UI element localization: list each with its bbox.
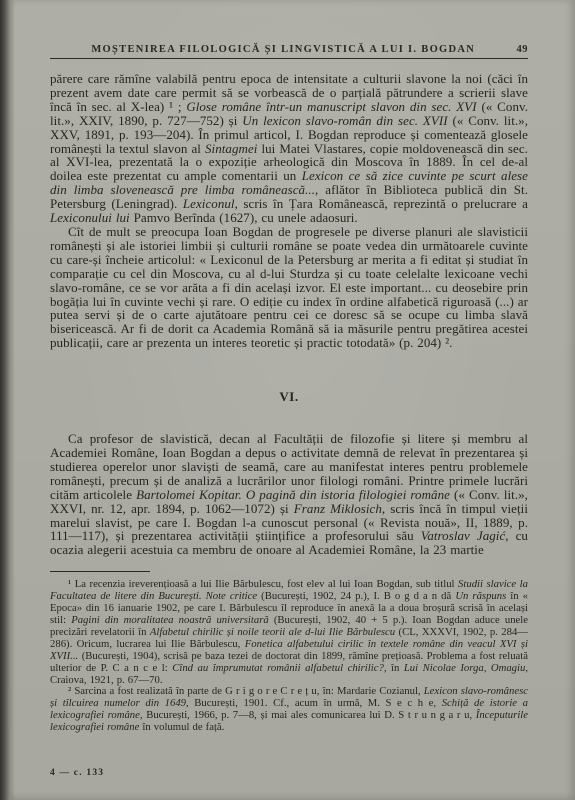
- page-content: MOȘTENIREA FILOLOGICĂ ȘI LINGVISTICĂ A L…: [50, 0, 528, 734]
- footnote-rule: [50, 571, 150, 572]
- section-heading: VI.: [50, 389, 528, 405]
- footnote: ¹ La recenzia ireverențioasă a lui Ilie …: [50, 579, 528, 686]
- signature-mark: 4 — c. 133: [50, 768, 104, 778]
- text-segment: Lexiconul: [183, 196, 235, 211]
- text-segment: Cînd au împrumutat românii alfabetul chi…: [172, 662, 384, 674]
- text-segment: Pamvo Berînda (1627), cu unele adaosuri.: [130, 210, 358, 225]
- paragraph: Ca profesor de slavistică, decan al Facu…: [50, 432, 528, 557]
- header-rule: [50, 58, 528, 59]
- paragraph: Cît de mult se preocupa Ioan Bogdan de p…: [50, 225, 528, 350]
- running-header: MOȘTENIREA FILOLOGICĂ ȘI LINGVISTICĂ A L…: [50, 44, 528, 55]
- text-segment: Bartolomei Kopitar. O pagină din istoria…: [136, 487, 450, 502]
- text-segment: (București, 1902, 24 p.), I. B o g d a n…: [257, 590, 455, 602]
- text-segment: Glose române într-un manuscript slavon d…: [186, 99, 476, 114]
- text-segment: Pagini din moralitatea noastră universit…: [71, 614, 269, 626]
- text-segment: Franz Miklosich: [294, 501, 382, 516]
- paragraph: părere care rămîne valabilă pentru epoca…: [50, 72, 528, 225]
- page-number: 49: [517, 44, 529, 55]
- text-segment: Vatroslav Jagić: [421, 528, 506, 543]
- text-segment: , București, 1901. Cf., acum în urmă, M.…: [186, 697, 442, 709]
- body-text-block-1: părere care rămîne valabilă pentru epoca…: [50, 72, 528, 350]
- text-segment: Un lexicon slavo-român din sec. XVII: [242, 113, 447, 128]
- text-segment: ² Sarcina a fost realizată în parte de G…: [68, 685, 424, 697]
- text-segment: , în: [384, 662, 404, 674]
- text-segment: Cît de mult se preocupa Ioan Bogdan de p…: [50, 224, 528, 350]
- text-segment: în volumul de față.: [139, 721, 224, 733]
- text-segment: Sintagmei: [205, 141, 257, 156]
- footnotes: ¹ La recenzia ireverențioasă a lui Ilie …: [50, 579, 528, 734]
- footnote: ² Sarcina a fost realizată în parte de G…: [50, 686, 528, 734]
- text-segment: Lui Nicolae Iorga, Omagiu: [404, 662, 526, 674]
- book-binding-shadow: [0, 0, 15, 800]
- text-segment: Alfabetul chirilic și noile teorii ale d…: [150, 626, 395, 638]
- text-segment: , București, 1966, p. 7—8, și mai ales c…: [140, 709, 476, 721]
- page-header-title: MOȘTENIREA FILOLOGICĂ ȘI LINGVISTICĂ A L…: [50, 44, 517, 55]
- scanned-page: MOȘTENIREA FILOLOGICĂ ȘI LINGVISTICĂ A L…: [0, 0, 575, 800]
- text-segment: , scris în Țara Românească, reprezintă o…: [235, 196, 528, 211]
- body-text-block-2: Ca profesor de slavistică, decan al Facu…: [50, 432, 528, 557]
- text-segment: ¹ La recenzia ireverențioasă a lui Ilie …: [68, 578, 458, 590]
- text-segment: Un răspuns: [455, 590, 506, 602]
- text-segment: Lexiconului lui: [50, 210, 130, 225]
